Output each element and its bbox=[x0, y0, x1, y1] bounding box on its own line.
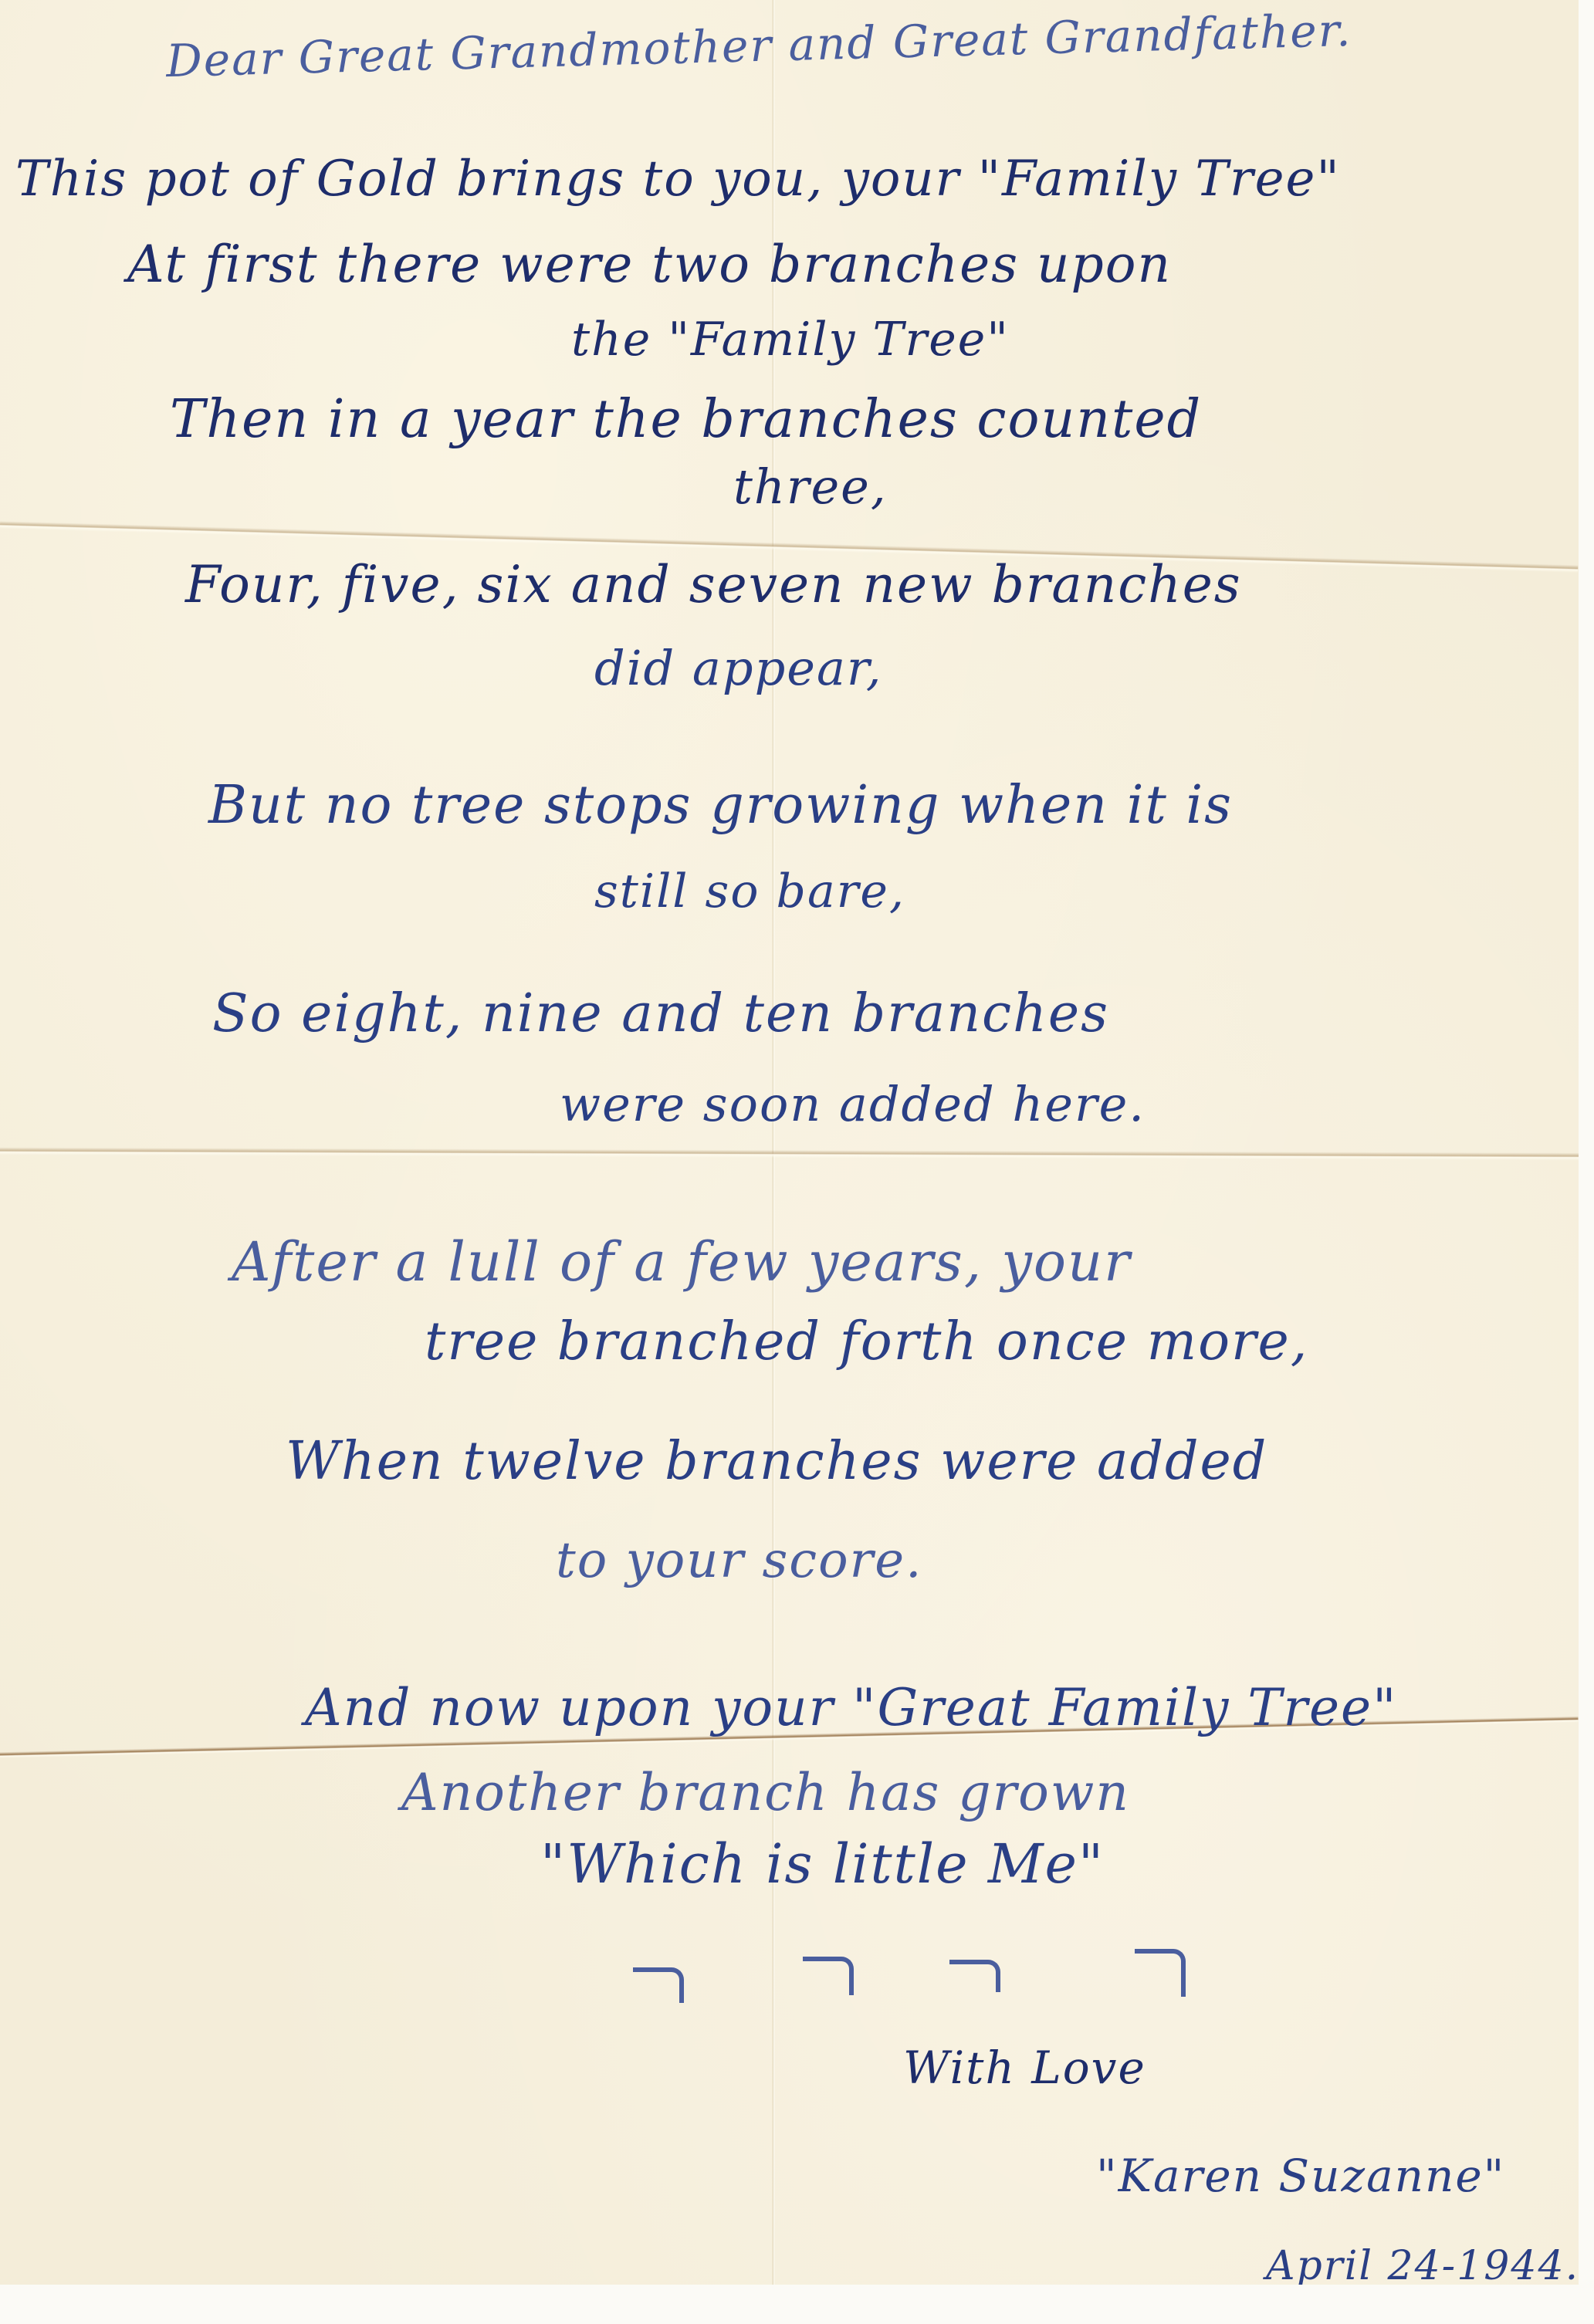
poem-line: were soon added here. bbox=[560, 1081, 1146, 1128]
poem-line: But no tree stops growing when it is bbox=[208, 780, 1233, 832]
poem-line: So eight, nine and ten branches bbox=[212, 988, 1109, 1040]
hook-mark-icon bbox=[1135, 1949, 1186, 1997]
poem-line: did appear, bbox=[594, 644, 882, 692]
hook-mark-icon bbox=[949, 1960, 1000, 1992]
horizontal-fold-crease bbox=[0, 1147, 1579, 1160]
poem-line: Another branch has grown bbox=[401, 1768, 1130, 1818]
poem-line: Four, five, six and seven new branches bbox=[185, 560, 1242, 611]
poem-line: tree branched forth once more, bbox=[425, 1316, 1308, 1368]
poem-line: the "Family Tree" bbox=[571, 316, 1010, 363]
poem-line: When twelve branches were added bbox=[286, 1436, 1267, 1488]
poem-line: three, bbox=[733, 463, 888, 511]
poem-line: still so bare, bbox=[594, 868, 905, 915]
poem-line: This pot of Gold brings to you, your "Fa… bbox=[15, 154, 1341, 204]
letter-paper: Dear Great Grandmother and Great Grandfa… bbox=[0, 0, 1579, 2285]
poem-line: And now upon your "Great Family Tree" bbox=[305, 1683, 1397, 1734]
salutation: Dear Great Grandmother and Great Grandfa… bbox=[166, 8, 1353, 83]
scan-margin bbox=[1579, 0, 1594, 2324]
hook-mark-icon bbox=[633, 1967, 684, 2003]
hook-mark-icon bbox=[803, 1957, 854, 1995]
decorative-marks bbox=[633, 1949, 1204, 2011]
scan-margin bbox=[0, 2285, 1594, 2324]
date: April 24-1944. bbox=[1266, 2246, 1579, 2286]
signature: "Karen Suzanne" bbox=[1096, 2153, 1505, 2198]
closing: With Love bbox=[903, 2045, 1146, 2090]
poem-line: After a lull of a few years, your bbox=[232, 1235, 1132, 1289]
poem-line: At first there were two branches upon bbox=[127, 239, 1172, 290]
poem-line: "Which is little Me" bbox=[540, 1837, 1105, 1891]
poem-line: Then in a year the branches counted bbox=[170, 394, 1202, 446]
poem-line: to your score. bbox=[556, 1536, 922, 1585]
